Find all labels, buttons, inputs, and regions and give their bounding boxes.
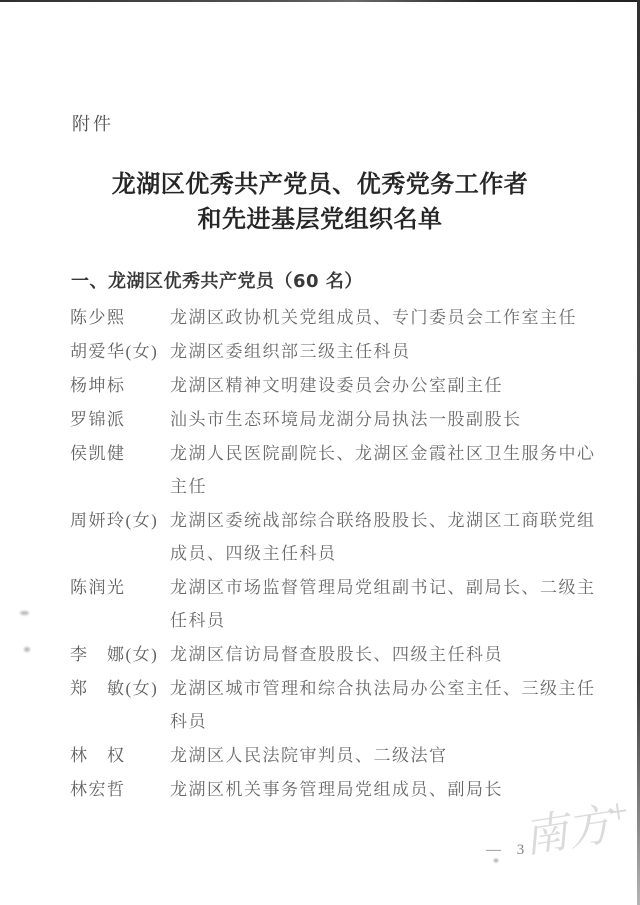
- document-title: 龙湖区优秀共产党员、优秀党务工作者 和先进基层党组织名单: [0, 168, 640, 238]
- list-item: 侯凯健 龙湖人民医院副院长、龙湖区金霞社区卫生服务中心 主任: [70, 437, 582, 503]
- person-title: 龙湖区精神文明建设委员会办公室副主任: [170, 369, 503, 402]
- person-title-line: 龙湖区市场监督管理局党组副书记、副局长、二级主: [170, 571, 596, 604]
- person-name: 侯凯健: [70, 437, 170, 503]
- person-name: 陈少熙: [70, 301, 170, 334]
- person-name: 胡爱华(女): [70, 335, 170, 368]
- title-line-2: 和先进基层党组织名单: [0, 203, 640, 238]
- person-title-line: 科员: [170, 705, 596, 738]
- watermark-plus-icon: +: [605, 795, 631, 828]
- award-list: 陈少熙 龙湖区政协机关党组成员、专门委员会工作室主任 胡爱华(女) 龙湖区委组织…: [70, 301, 582, 807]
- section-heading: 一、龙湖区优秀共产党员（60 名）: [71, 267, 363, 293]
- list-item: 陈润光 龙湖区市场监督管理局党组副书记、副局长、二级主 任科员: [70, 571, 582, 637]
- person-title: 龙湖区委组织部三级主任科员: [170, 335, 411, 368]
- scan-speck: [494, 859, 498, 862]
- scanned-document-page: 附件 龙湖区优秀共产党员、优秀党务工作者 和先进基层党组织名单 一、龙湖区优秀共…: [0, 0, 640, 905]
- list-item: 罗锦派 汕头市生态环境局龙湖分局执法一股副股长: [70, 403, 582, 436]
- title-line-1: 龙湖区优秀共产党员、优秀党务工作者: [0, 168, 640, 203]
- scan-speck: [24, 647, 30, 652]
- person-name: 林 权: [70, 739, 170, 772]
- person-title-line: 成员、四级主任科员: [170, 537, 596, 570]
- person-title: 龙湖区政协机关党组成员、专门委员会工作室主任: [170, 301, 577, 334]
- person-title-line: 龙湖人民医院副院长、龙湖区金霞社区卫生服务中心: [170, 437, 596, 470]
- person-title-line: 龙湖区城市管理和综合执法局办公室主任、三级主任: [170, 672, 596, 705]
- person-name: 杨坤标: [70, 369, 170, 402]
- page-number: — 3: [486, 842, 530, 859]
- person-name: 郑 敏(女): [70, 672, 170, 738]
- list-item: 杨坤标 龙湖区精神文明建设委员会办公室副主任: [70, 369, 582, 402]
- list-item: 陈少熙 龙湖区政协机关党组成员、专门委员会工作室主任: [70, 301, 582, 334]
- scan-speck: [20, 611, 29, 615]
- person-name: 陈润光: [70, 571, 170, 637]
- person-title-line: 龙湖区精神文明建设委员会办公室副主任: [170, 369, 503, 402]
- person-title-line: 龙湖区委统战部综合联络股股长、龙湖区工商联党组: [170, 504, 596, 537]
- person-name: 李 娜(女): [70, 638, 170, 671]
- nanfang-plus-watermark: 南方+: [521, 800, 637, 867]
- person-title-line: 龙湖区机关事务管理局党组成员、副局长: [170, 773, 503, 806]
- person-title: 龙湖人民医院副院长、龙湖区金霞社区卫生服务中心 主任: [170, 437, 596, 503]
- person-name: 罗锦派: [70, 403, 170, 436]
- person-title-line: 任科员: [170, 604, 596, 637]
- list-item: 林宏哲 龙湖区机关事务管理局党组成员、副局长: [70, 773, 582, 806]
- list-item: 郑 敏(女) 龙湖区城市管理和综合执法局办公室主任、三级主任 科员: [70, 672, 582, 738]
- person-title-line: 龙湖区信访局督查股股长、四级主任科员: [170, 638, 503, 671]
- person-title-line: 龙湖区委组织部三级主任科员: [170, 335, 411, 368]
- person-title-line: 龙湖区人民法院审判员、二级法官: [170, 739, 448, 772]
- person-title: 龙湖区信访局督查股股长、四级主任科员: [170, 638, 503, 671]
- person-title: 汕头市生态环境局龙湖分局执法一股副股长: [170, 403, 522, 436]
- person-title: 龙湖区委统战部综合联络股股长、龙湖区工商联党组 成员、四级主任科员: [170, 504, 596, 570]
- watermark-text: 南方: [520, 799, 615, 863]
- person-title-line: 汕头市生态环境局龙湖分局执法一股副股长: [170, 403, 522, 436]
- person-title: 龙湖区市场监督管理局党组副书记、副局长、二级主 任科员: [170, 571, 596, 637]
- scan-edge-top: [0, 0, 640, 2]
- person-title-line: 龙湖区政协机关党组成员、专门委员会工作室主任: [170, 301, 577, 334]
- person-name: 林宏哲: [70, 773, 170, 806]
- list-item: 林 权 龙湖区人民法院审判员、二级法官: [70, 739, 582, 772]
- attachment-label: 附件: [72, 110, 114, 136]
- person-title-line: 主任: [170, 470, 596, 503]
- list-item: 胡爱华(女) 龙湖区委组织部三级主任科员: [70, 335, 582, 368]
- list-item: 李 娜(女) 龙湖区信访局督查股股长、四级主任科员: [70, 638, 582, 671]
- person-title: 龙湖区城市管理和综合执法局办公室主任、三级主任 科员: [170, 672, 596, 738]
- list-item: 周妍玲(女) 龙湖区委统战部综合联络股股长、龙湖区工商联党组 成员、四级主任科员: [70, 504, 582, 570]
- person-title: 龙湖区人民法院审判员、二级法官: [170, 739, 448, 772]
- person-name: 周妍玲(女): [70, 504, 170, 570]
- person-title: 龙湖区机关事务管理局党组成员、副局长: [170, 773, 503, 806]
